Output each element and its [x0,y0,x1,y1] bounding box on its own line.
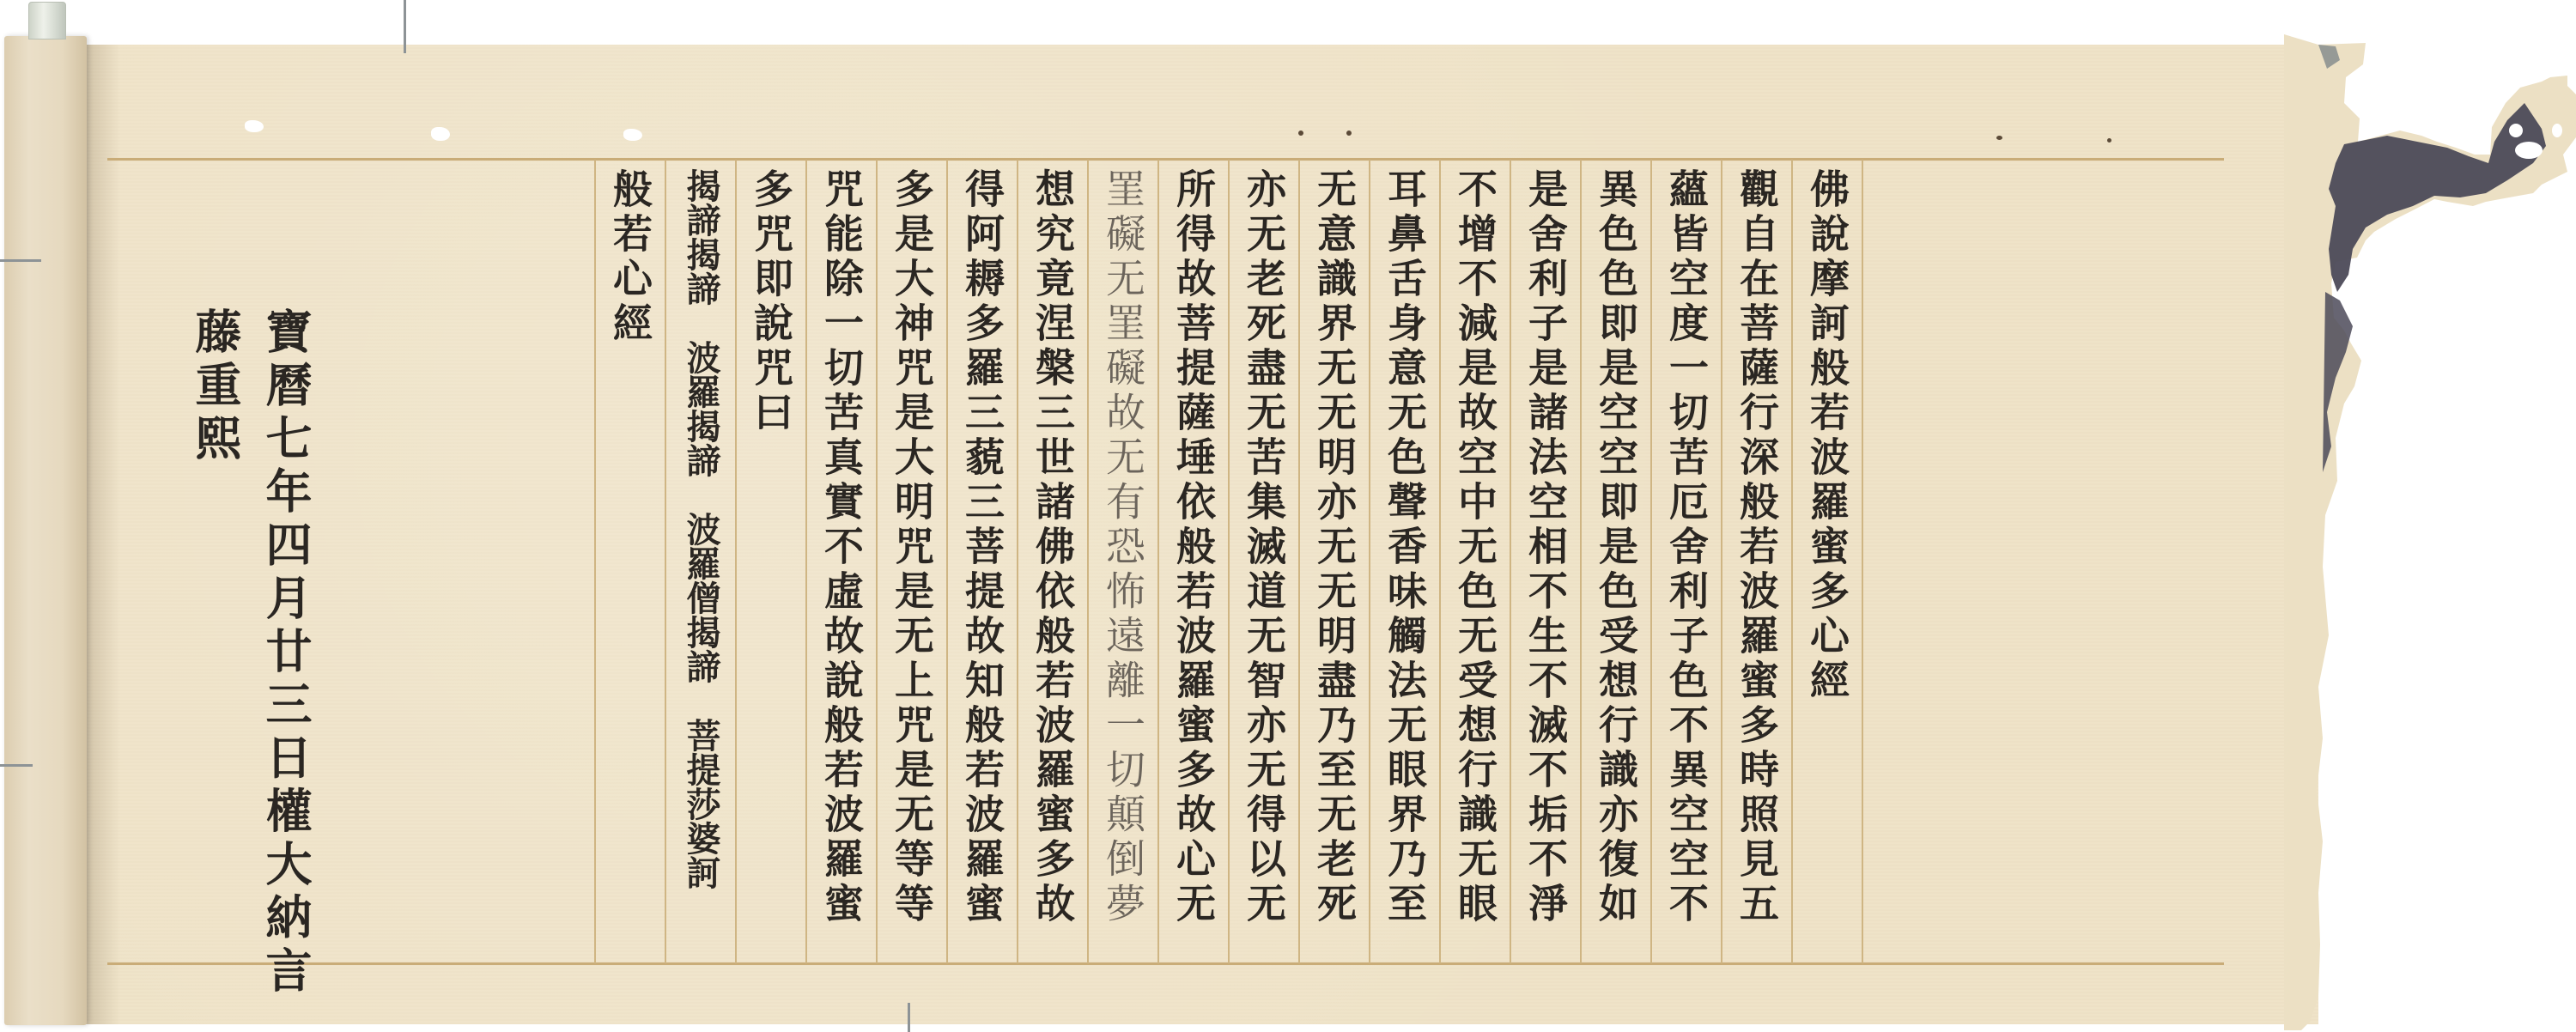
scroll-roller [4,36,87,1025]
roller-shadow [86,45,120,1024]
sutra-text-column: 耳鼻舌身意无色聲香味觸法无眼界乃至 [1370,168,1440,927]
sutra-handscroll: 佛說摩訶般若波羅蜜多心經 觀自在菩薩行深般若波羅蜜多時照見五 蘊皆空度一切苦厄舍… [0,0,2576,1032]
sutra-text-column: 咒能除一切苦真實不虛故說般若波羅蜜 [806,168,877,927]
sutra-text-column: 无意識界无无明亦无无明盡乃至无老死 [1299,168,1370,927]
sutra-text-column: 所得故菩提薩埵依般若波羅蜜多故心无 [1158,168,1229,927]
sutra-text-column: 異色色即是空空即是色受想行識亦復如 [1581,168,1651,927]
pin-left-upper [0,259,41,262]
end-title-column: 般若心經 [595,168,665,347]
damaged-edge [2284,34,2576,1030]
pin-top [404,0,406,53]
wormhole [245,120,264,132]
sutra-text-column: 想究竟涅槃三世諸佛依般若波羅蜜多故 [1018,168,1088,927]
wormhole [431,127,450,141]
bottom-rule [107,962,2224,965]
sutra-text-column: 是舍利子是諸法空相不生不滅不垢不淨 [1510,168,1581,927]
sutra-text-column-faded: 罣礙无罣礙故无有恐怖遠離一切顛倒夢 [1088,168,1158,927]
ink-spot [1298,131,1303,136]
ink-spot [1346,131,1352,136]
ink-spot [1996,136,2002,140]
ink-spot [2107,138,2111,143]
sutra-text-column: 多咒即說咒曰 [736,168,806,436]
sutra-text-column: 亦无老死盡无苦集滅道无智亦无得以无 [1229,168,1299,927]
sutra-text-column: 觀自在菩薩行深般若波羅蜜多時照見五 [1722,168,1792,927]
sutra-text-column: 蘊皆空度一切苦厄舍利子色不異空空不 [1651,168,1722,927]
sutra-title-column: 佛說摩訶般若波羅蜜多心經 [1792,168,1862,704]
colophon: 寶曆七年四月廿三日權大納言藤重熙 [251,307,321,1032]
sutra-text-column: 不增不減是故空中无色无受想行識无眼 [1440,168,1510,927]
sutra-text-column: 多是大神咒是大明咒是无上咒是无等等 [877,168,947,927]
sutra-text-column: 得阿耨多羅三藐三菩提故知般若波羅蜜 [947,168,1018,927]
wormhole [623,129,642,141]
dharani-column: 揭諦揭諦 波羅揭諦 波羅僧揭諦 菩提莎婆訶 [665,168,736,889]
roller-knob [28,2,66,39]
pin-left-lower [0,764,33,767]
pin-bottom [908,1003,910,1032]
top-rule [107,158,2224,161]
